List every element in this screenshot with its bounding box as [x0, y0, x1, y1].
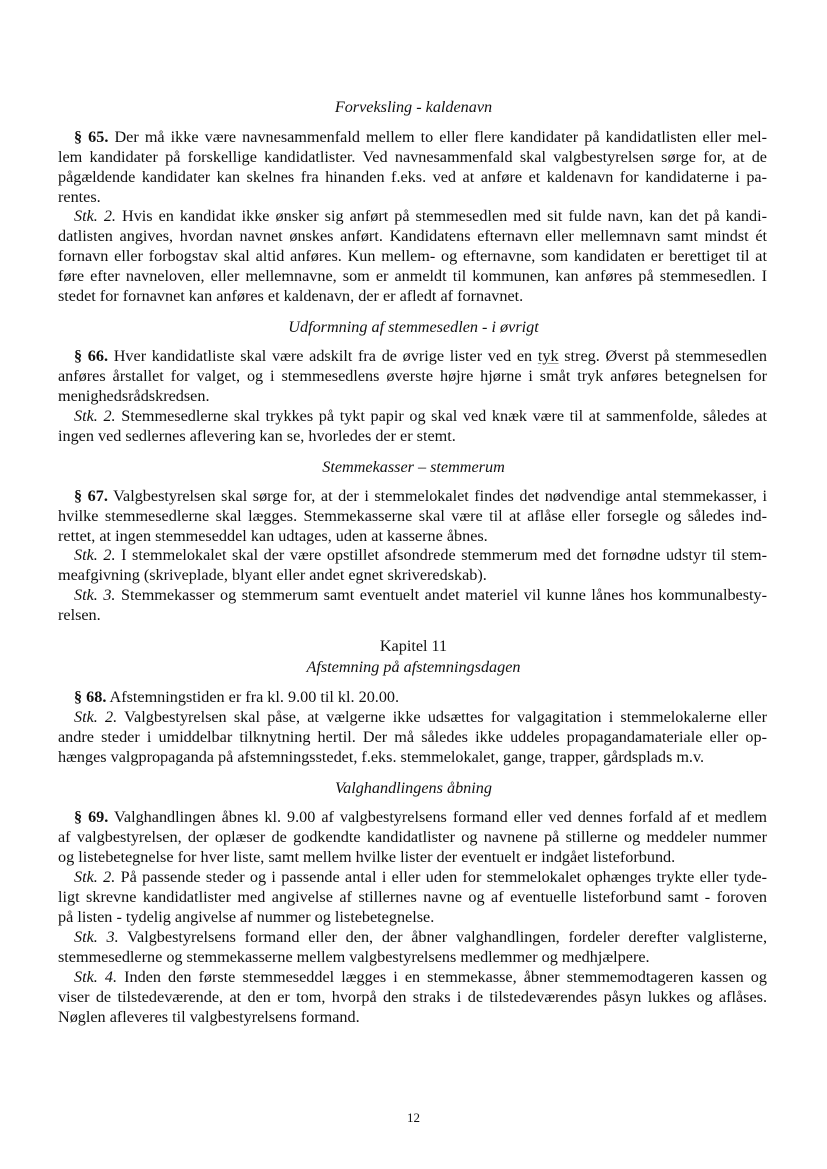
section-heading: Udformning af stemmesedlen - i øvrigt	[0, 317, 827, 337]
paragraph-line: rentes.	[58, 187, 767, 207]
paragraph-label: § 69.	[74, 808, 108, 826]
paragraph-line: viser de tilstedeværende, at den er tom,…	[58, 987, 767, 1007]
paragraph-line: § 65. Der må ikke være navnesammenfald m…	[74, 127, 767, 147]
paragraph-line: meafgivning (skriveplade, blyant eller a…	[58, 565, 767, 585]
stk-label: Stk. 2.	[74, 207, 116, 225]
section-heading: Afstemning på afstemningsdagen	[0, 657, 827, 677]
page-number: 12	[0, 1110, 827, 1126]
stk-label: Stk. 4.	[74, 968, 117, 986]
stk-label: Stk. 2.	[74, 546, 116, 564]
stk-label: Stk. 3.	[74, 928, 119, 946]
paragraph-line: hænges valgpropaganda på afstemningssted…	[58, 747, 767, 767]
paragraph-line: Stk. 2. Hvis en kandidat ikke ønsker sig…	[74, 206, 767, 226]
paragraph-line: rettet, at ingen stemmeseddel kan udtage…	[58, 526, 767, 546]
paragraph-line: på listen - tydelig angivelse af nummer …	[58, 907, 767, 927]
paragraph-line: § 67. Valgbestyrelsen skal sørge for, at…	[74, 486, 767, 506]
paragraph-line: stemmesedlerne og stemmekasserne mellem …	[58, 947, 767, 967]
paragraph-line: § 68. Afstemningstiden er fra kl. 9.00 t…	[74, 687, 767, 707]
paragraph-line: § 69. Valghandlingen åbnes kl. 9.00 af v…	[74, 807, 767, 827]
paragraph-line: Nøglen afleveres til valgbestyrelsens fo…	[58, 1007, 767, 1027]
paragraph-line: af valgbestyrelsen, der oplæser de godke…	[58, 827, 767, 847]
paragraph-label: § 68.	[74, 688, 106, 706]
spellcheck-word: tyk	[538, 347, 559, 365]
document-page: Forveksling - kaldenavn § 65. Der må ikk…	[0, 0, 827, 1169]
paragraph-line: Stk. 2. Stemmesedlerne skal trykkes på t…	[74, 406, 767, 426]
paragraph-label: § 65.	[74, 128, 108, 146]
paragraph-line: hvilke stemmesedlerne skal lægges. Stemm…	[58, 506, 767, 526]
paragraph-line: og listebetegnelse for hver liste, samt …	[58, 847, 767, 867]
paragraph-label: § 66.	[74, 347, 108, 365]
paragraph-line: pågældende kandidater kan skelnes fra hi…	[58, 167, 767, 187]
paragraph-line: fornavn eller forbogstav skal altid anfø…	[58, 246, 767, 266]
paragraph-line: lem kandidater på forskellige kandidatli…	[58, 147, 767, 167]
section-heading: Forveksling - kaldenavn	[0, 97, 827, 117]
stk-label: Stk. 2.	[74, 708, 117, 726]
chapter-title: Kapitel 11	[0, 636, 827, 656]
section-heading: Valghandlingens åbning	[0, 778, 827, 798]
stk-label: Stk. 2.	[74, 407, 116, 425]
paragraph-line: anføres årstallet for valget, og i stemm…	[58, 366, 767, 386]
paragraph-line: Stk. 2. I stemmelokalet skal der være op…	[74, 545, 767, 565]
section-heading: Stemmekasser – stemmerum	[0, 457, 827, 477]
paragraph-line: ligt skrevne kandidatlister med angivels…	[58, 887, 767, 907]
paragraph-line: ingen ved sedlernes aflevering kan se, h…	[58, 426, 767, 446]
stk-label: Stk. 2.	[74, 868, 115, 886]
paragraph-line: andre steder i umiddelbar tilknytning he…	[58, 727, 767, 747]
stk-label: Stk. 3.	[74, 586, 115, 604]
paragraph-line: § 66. Hver kandidatliste skal være adski…	[74, 346, 767, 366]
paragraph-label: § 67.	[74, 487, 108, 505]
paragraph-line: menighedsrådskredsen.	[58, 386, 767, 406]
paragraph-line: Stk. 4. Inden den første stemmeseddel læ…	[74, 967, 767, 987]
paragraph-line: relsen.	[58, 605, 767, 625]
paragraph-line: føre efter navneloven, eller mellemnavne…	[58, 266, 767, 286]
paragraph-line: Stk. 2. Valgbestyrelsen skal påse, at væ…	[74, 707, 767, 727]
paragraph-line: stedet for fornavnet kan anføres et kald…	[58, 286, 767, 306]
paragraph-line: Stk. 3. Stemmekasser og stemmerum samt e…	[74, 585, 767, 605]
paragraph-line: datlisten angives, hvordan navnet ønskes…	[58, 226, 767, 246]
paragraph-line: Stk. 2. På passende steder og i passende…	[74, 867, 767, 887]
paragraph-line: Stk. 3. Valgbestyrelsens formand eller d…	[74, 927, 767, 947]
